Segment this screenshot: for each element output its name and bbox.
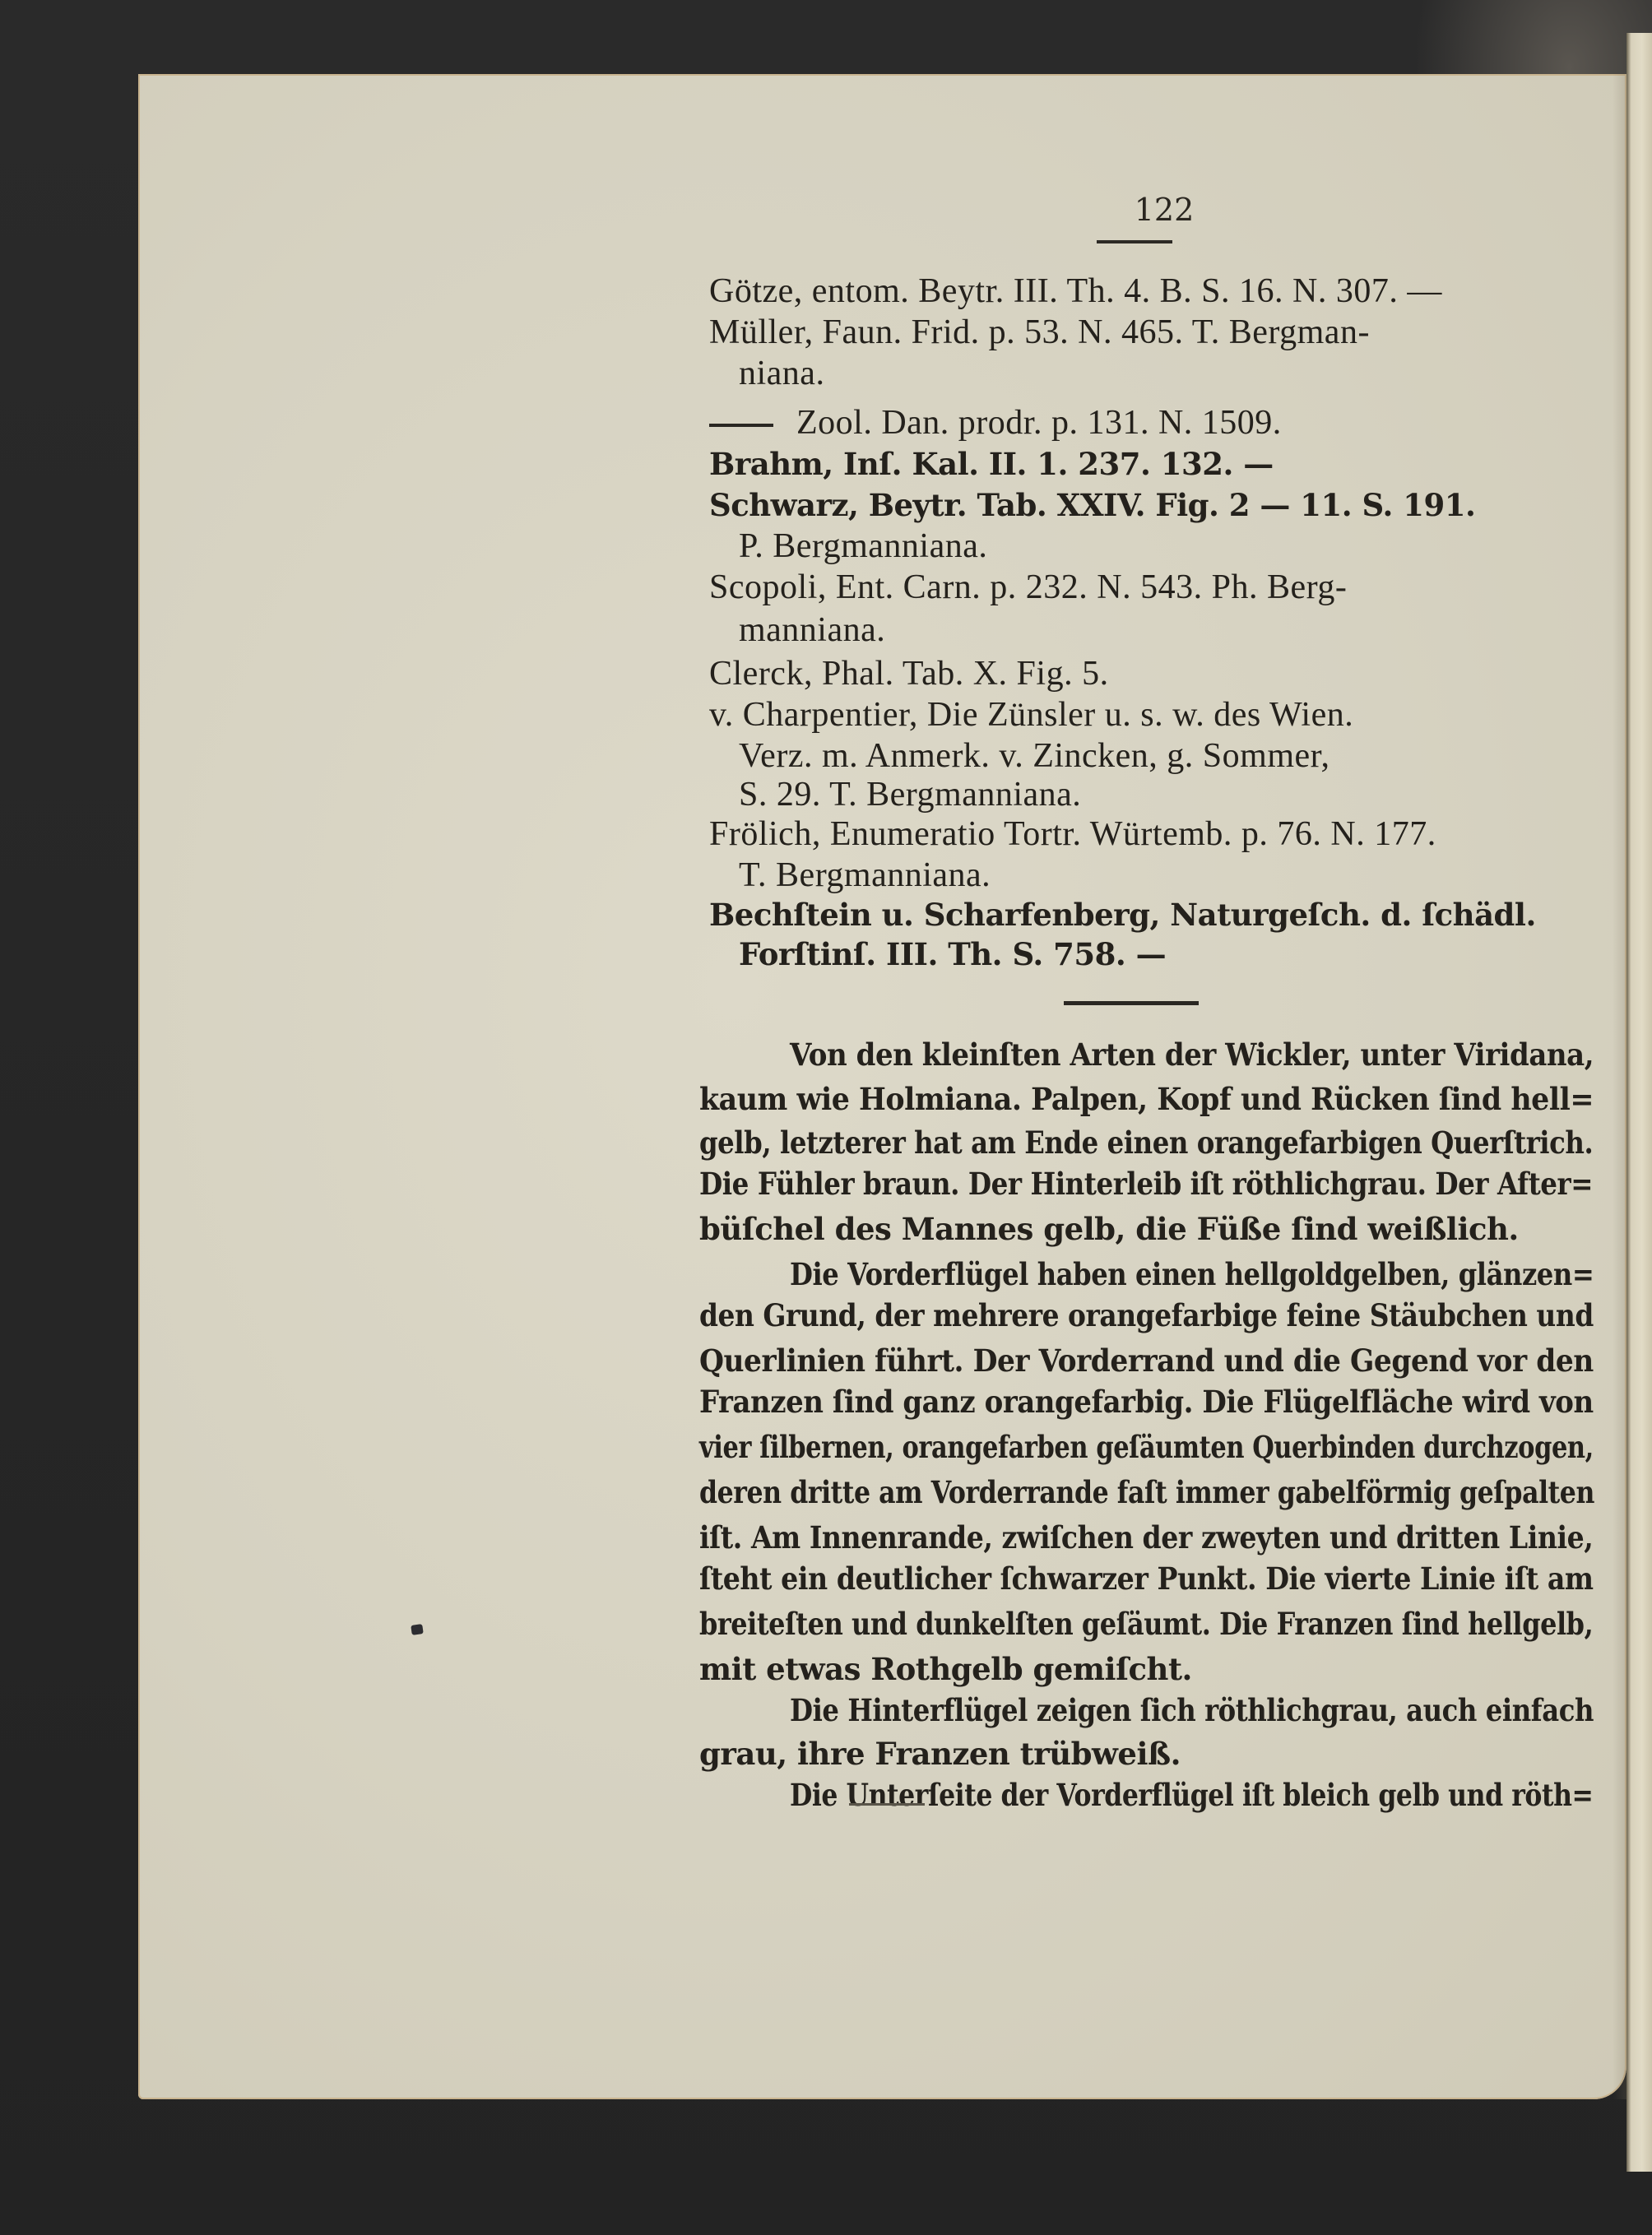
body-line: deren dritte am Vorderrande faſt immer g… xyxy=(699,1472,1594,1512)
body-line: Querlinien führt. Der Vorderrand und die… xyxy=(699,1341,1594,1380)
body-line: mit etwas Rothgelb gemiſcht. xyxy=(699,1649,1192,1689)
body-line: ſteht ein deutlicher ſchwarzer Punkt. Di… xyxy=(699,1559,1594,1598)
body-line: Die Unterſeite der Vorderflügel iſt blei… xyxy=(790,1775,1594,1815)
body-line: kaum wie Holmiana. Palpen, Kopf und Rück… xyxy=(699,1079,1594,1119)
body-line: büſchel des Mannes gelb, die Füße ſind w… xyxy=(699,1209,1519,1249)
body-line: Die Fühler braun. Der Hinterleib iſt röt… xyxy=(699,1164,1593,1203)
handwritten-underline xyxy=(849,1803,925,1806)
body-line: gelb, letzterer hat am Ende einen orange… xyxy=(699,1123,1593,1162)
body-line: Von den kleinſten Arten der Wickler, unt… xyxy=(790,1035,1594,1074)
body-line: vier ſilbernen, orangefarben geſäumten Q… xyxy=(699,1427,1594,1467)
body-line: grau, ihre Franzen trübweiß. xyxy=(699,1734,1181,1774)
body-line: Die Vorderflügel haben einen hellgoldgel… xyxy=(790,1254,1594,1294)
body-line: Franzen ſind ganz orangefarbig. Die Flüg… xyxy=(699,1382,1594,1421)
body-line: iſt. Am Innenrande, zwiſchen der zweyten… xyxy=(699,1518,1593,1557)
description-block: Von den kleinſten Arten der Wickler, unt… xyxy=(0,0,1652,2235)
body-line: den Grund, der mehrere orangefarbige fei… xyxy=(699,1296,1594,1335)
body-line: Die Hinterflügel zeigen ſich röthlichgra… xyxy=(790,1690,1594,1730)
body-line: breiteſten und dunkelſten geſäumt. Die F… xyxy=(699,1604,1593,1644)
